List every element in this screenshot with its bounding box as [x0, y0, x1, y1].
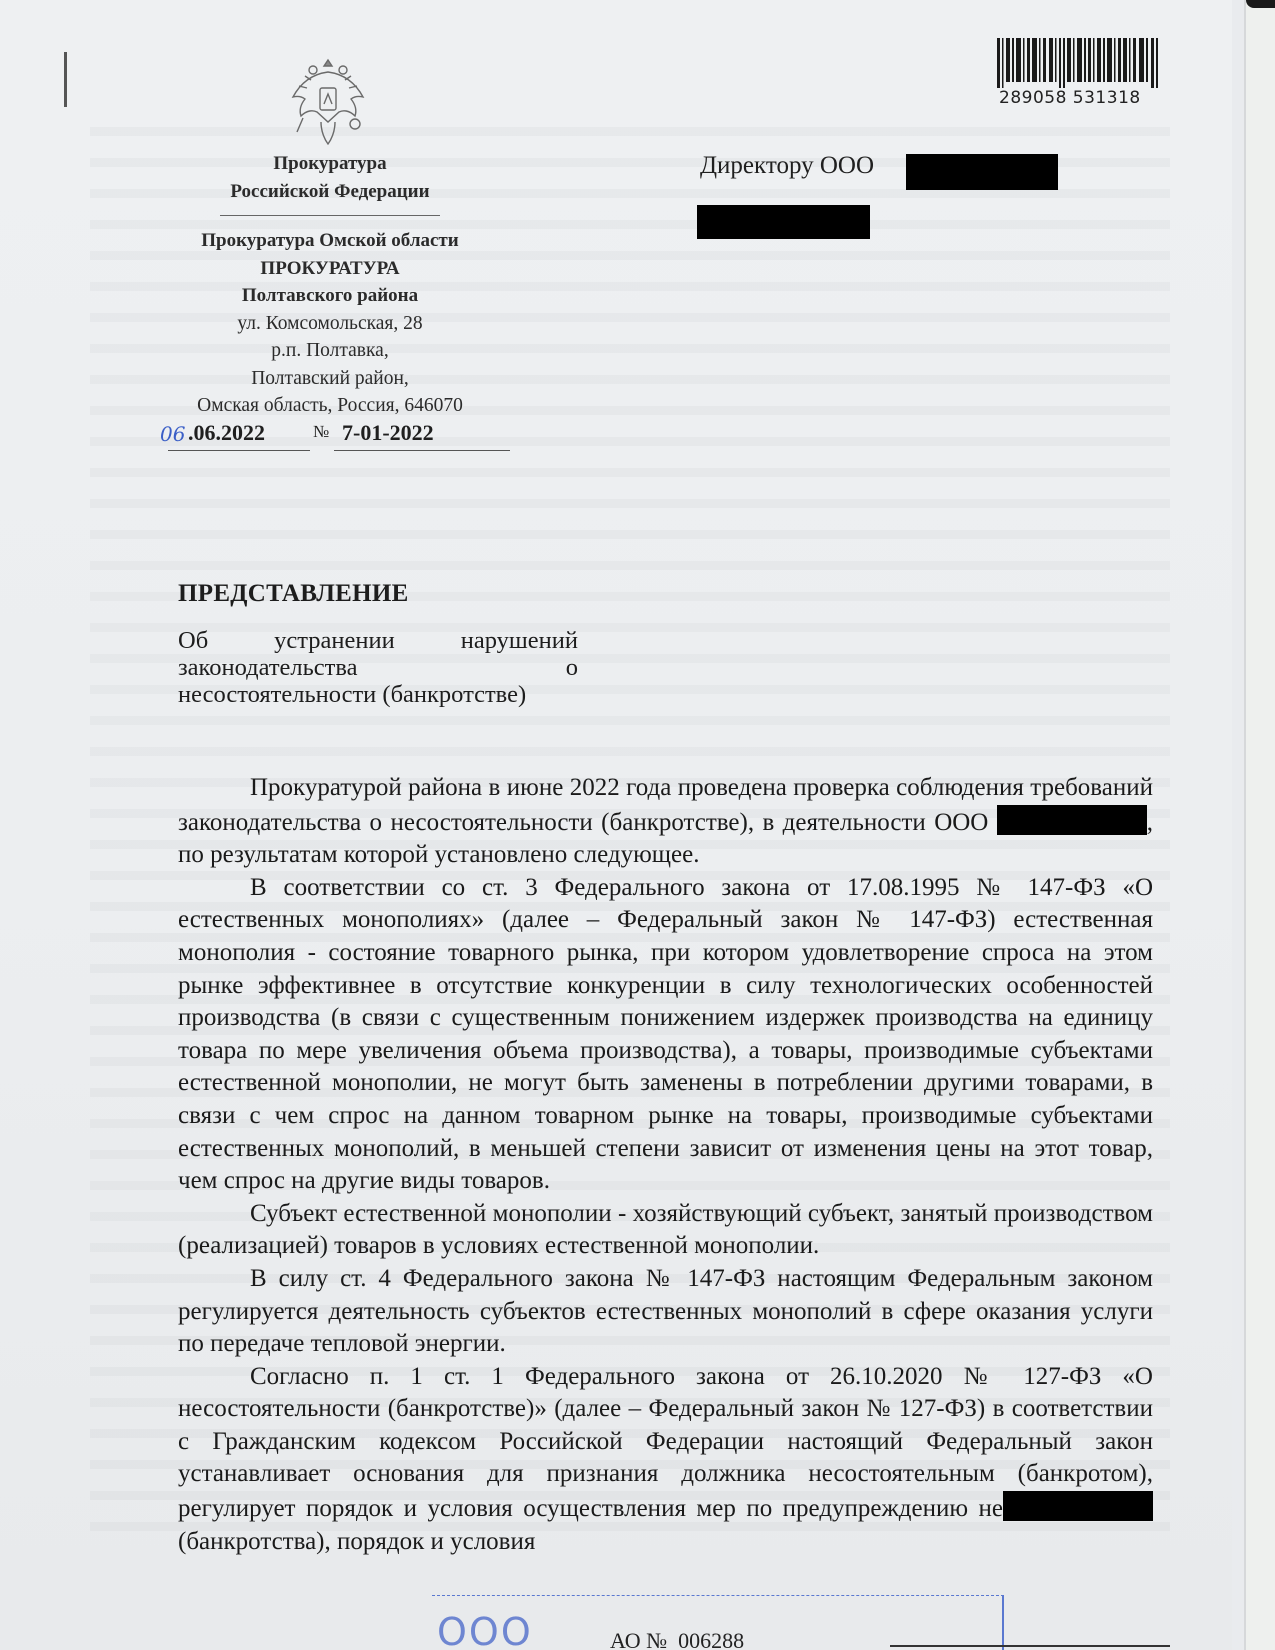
stamp-text: ООО: [437, 1610, 533, 1650]
document-page: 289058 531318 Прокуратура Российской Фед…: [0, 0, 1232, 1650]
barcode-number: 289058 531318: [999, 88, 1164, 108]
letterhead-line: Прокуратура: [150, 150, 510, 178]
paragraph: Согласно п. 1 ст. 1 Федерального закона …: [178, 1361, 1153, 1559]
outgoing-date: .06.2022: [188, 420, 265, 446]
address-line: р.п. Полтавка,: [150, 337, 510, 365]
letterhead-line: Российской Федерации: [150, 178, 510, 206]
letterhead-line: ПРОКУРАТУРА: [150, 255, 510, 283]
letterhead-line: Прокуратура Омской области: [150, 227, 510, 255]
address-line: ул. Комсомольская, 28: [150, 310, 510, 338]
redaction-company-name: [997, 805, 1147, 835]
paragraph: В соответствии со ст. 3 Федерального зак…: [178, 872, 1153, 1198]
margin-mark: [64, 52, 67, 107]
letterhead-line: Полтавского района: [150, 282, 510, 310]
redaction-text: [1003, 1491, 1153, 1521]
barcode-bars-icon: [997, 38, 1162, 88]
redaction-addressee-person: [697, 205, 870, 239]
subject-line: несостоятельности (банкротстве): [178, 681, 578, 708]
stamp-serial-number: 006288: [678, 1628, 744, 1650]
stamp-serial: АО № 006288: [610, 1628, 744, 1650]
subject-line: законодательства о: [178, 654, 578, 681]
address-line: Полтавский район,: [150, 365, 510, 393]
letterhead-divider: [220, 215, 440, 216]
outgoing-number: 7-01-2022: [342, 420, 434, 446]
subject-line: Об устранении нарушений: [178, 627, 578, 654]
stamp-serial-label: АО №: [610, 1628, 667, 1650]
document-type: ПРЕДСТАВЛЕНИЕ: [178, 580, 409, 608]
paragraph: В силу ст. 4 Федерального закона № 147-Ф…: [178, 1263, 1153, 1361]
coat-of-arms-icon: [283, 52, 373, 152]
paragraph: Прокуратурой района в июне 2022 года про…: [178, 772, 1153, 872]
redaction-addressee-name: [906, 154, 1058, 190]
letterhead: Прокуратура Российской Федерации Прокура…: [150, 150, 510, 420]
page-edge: [1244, 0, 1275, 1650]
outgoing-date-number: 06 .06.2022 № 7-01-2022: [160, 420, 510, 456]
paragraph: Субъект естественной монополии - хозяйст…: [178, 1198, 1153, 1263]
addressee-label: Директору ООО: [700, 152, 874, 180]
date-underline: [168, 450, 310, 451]
address-line: Омская область, Россия, 646070: [150, 392, 510, 420]
stamp-underline: [890, 1645, 1170, 1647]
barcode: 289058 531318: [997, 38, 1162, 108]
number-underline: [334, 450, 510, 451]
document-body: Прокуратурой района в июне 2022 года про…: [178, 772, 1153, 1558]
document-subject: Об устранении нарушений законодательства…: [178, 627, 578, 708]
handwritten-day: 06: [160, 422, 185, 446]
scan-corner: [1246, 0, 1275, 8]
number-sign: №: [313, 422, 329, 442]
paragraph-text: (банкротства), порядок и условия: [178, 1528, 535, 1555]
